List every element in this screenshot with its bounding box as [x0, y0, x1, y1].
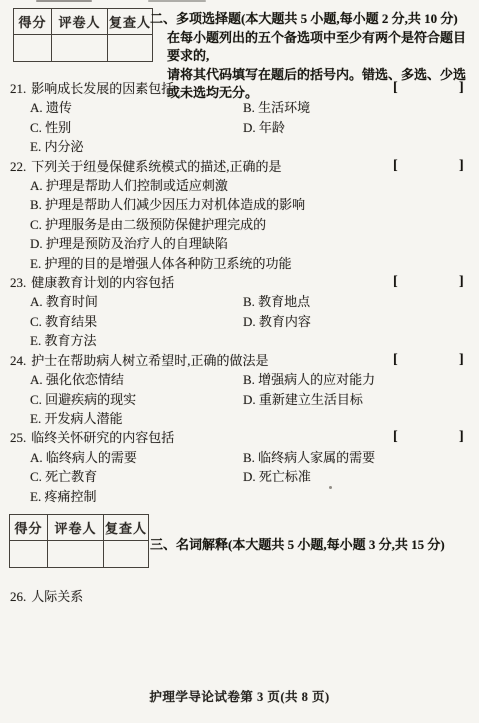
option-c: C. 性别	[30, 118, 243, 137]
question-24: 24.护士在帮助病人树立希望时,正确的做法是 [ ] A. 强化依恋情结 B. …	[8, 351, 472, 429]
section-two-questions: 21.影响成长发展的因素包括 [ ] A. 遗传 B. 生活环境 C. 性别 D…	[8, 79, 472, 506]
score-table-blank-row	[14, 35, 153, 62]
section-three-header: 三、名词解释(本大题共 5 小题,每小题 3 分,共 15 分)	[150, 534, 478, 553]
question-options: A. 教育时间 B. 教育地点 C. 教育结果 D. 教育内容 E. 教育方法	[8, 292, 472, 350]
grader-value-cell	[52, 35, 108, 62]
option-a: A. 遗传	[30, 98, 243, 117]
score-table-header-row: 得分 评卷人 复查人	[10, 515, 149, 541]
question-number: 25.	[10, 430, 26, 445]
option-e: E. 教育方法	[30, 331, 243, 350]
reviewer-label: 复查人	[104, 515, 149, 541]
option-a: A. 护理是帮助人们控制或适应刺激	[30, 176, 472, 195]
grader-label: 评卷人	[52, 9, 108, 35]
question-stem: 影响成长发展的因素包括	[31, 81, 174, 96]
answer-bracket-open: [	[393, 272, 398, 291]
answer-bracket-open: [	[393, 427, 398, 446]
option-c: C. 死亡教育	[30, 467, 243, 486]
option-b: B. 护理是帮助人们减少因压力对机体造成的影响	[30, 195, 472, 214]
answer-bracket-close: ]	[459, 350, 464, 369]
scan-artifact-streak	[36, 0, 92, 2]
question-stem-row: 24.护士在帮助病人树立希望时,正确的做法是 [ ]	[8, 351, 472, 370]
option-e: E. 开发病人潜能	[30, 409, 243, 428]
option-d: D. 护理是预防及治疗人的自理缺陷	[30, 234, 472, 253]
option-a: A. 教育时间	[30, 292, 243, 311]
option-a: A. 强化依恋情结	[30, 370, 243, 389]
question-stem-row: 25.临终关怀研究的内容包括 [ ]	[8, 428, 472, 447]
question-22: 22.下列关于纽曼保健系统模式的描述,正确的是 [ ] A. 护理是帮助人们控制…	[8, 157, 472, 273]
question-26: 26.人际关系	[10, 586, 83, 605]
section-two-title: 二、多项选择题(本大题共 5 小题,每小题 2 分,共 10 分)	[150, 10, 478, 29]
question-stem: 健康教育计划的内容包括	[31, 275, 174, 290]
answer-bracket-close: ]	[459, 272, 464, 291]
score-label: 得分	[10, 515, 48, 541]
section-two-instruction-1: 在每小题列出的五个备选项中至少有两个是符合题目要求的,	[150, 29, 478, 66]
section-three-title: 三、名词解释(本大题共 5 小题,每小题 3 分,共 15 分)	[150, 537, 445, 552]
grader-value-cell	[48, 541, 104, 568]
option-d: D. 重新建立生活目标	[243, 390, 472, 409]
question-number: 26.	[10, 589, 26, 604]
scan-artifact-streak	[148, 0, 206, 2]
score-table-bottom: 得分 评卷人 复查人	[9, 514, 149, 568]
reviewer-value-cell	[108, 35, 153, 62]
option-c: C. 护理服务是由二级预防保健护理完成的	[30, 215, 472, 234]
question-25: 25.临终关怀研究的内容包括 [ ] A. 临终病人的需要 B. 临终病人家属的…	[8, 428, 472, 506]
option-a: A. 临终病人的需要	[30, 448, 243, 467]
page-footer: 护理学导论试卷第 3 页(共 8 页)	[0, 687, 479, 705]
answer-bracket-open: [	[393, 350, 398, 369]
score-value-cell	[10, 541, 48, 568]
answer-bracket-open: [	[393, 78, 398, 97]
question-stem-row: 22.下列关于纽曼保健系统模式的描述,正确的是 [ ]	[8, 157, 472, 176]
option-b: B. 教育地点	[243, 292, 472, 311]
question-options: A. 临终病人的需要 B. 临终病人家属的需要 C. 死亡教育 D. 死亡标准 …	[8, 448, 472, 506]
score-label: 得分	[14, 9, 52, 35]
option-d: D. 死亡标准	[243, 467, 472, 486]
question-number: 21.	[10, 81, 26, 96]
question-options: A. 强化依恋情结 B. 增强病人的应对能力 C. 回避疾病的现实 D. 重新建…	[8, 370, 472, 428]
option-b: B. 生活环境	[243, 98, 472, 117]
question-23: 23.健康教育计划的内容包括 [ ] A. 教育时间 B. 教育地点 C. 教育…	[8, 273, 472, 351]
answer-bracket-close: ]	[459, 78, 464, 97]
answer-bracket-close: ]	[459, 427, 464, 446]
option-b: B. 临终病人家属的需要	[243, 448, 472, 467]
question-21: 21.影响成长发展的因素包括 [ ] A. 遗传 B. 生活环境 C. 性别 D…	[8, 79, 472, 157]
option-e: E. 内分泌	[30, 137, 243, 156]
grader-label: 评卷人	[48, 515, 104, 541]
question-number: 24.	[10, 353, 26, 368]
question-number: 22.	[10, 159, 26, 174]
option-e: E. 疼痛控制	[30, 487, 243, 506]
question-options: A. 护理是帮助人们控制或适应刺激 B. 护理是帮助人们减少因压力对机体造成的影…	[8, 176, 472, 273]
question-stem: 临终关怀研究的内容包括	[31, 430, 174, 445]
score-table-blank-row	[10, 541, 149, 568]
answer-bracket-close: ]	[459, 156, 464, 175]
option-d: D. 年龄	[243, 118, 472, 137]
option-b: B. 增强病人的应对能力	[243, 370, 472, 389]
question-stem-row: 23.健康教育计划的内容包括 [ ]	[8, 273, 472, 292]
question-stem: 下列关于纽曼保健系统模式的描述,正确的是	[31, 159, 281, 174]
answer-bracket-open: [	[393, 156, 398, 175]
option-c: C. 回避疾病的现实	[30, 390, 243, 409]
question-stem-row: 21.影响成长发展的因素包括 [ ]	[8, 79, 472, 98]
option-e: E. 护理的目的是增强人体各种防卫系统的功能	[30, 254, 472, 273]
reviewer-label: 复查人	[108, 9, 153, 35]
option-c: C. 教育结果	[30, 312, 243, 331]
score-table-header-row: 得分 评卷人 复查人	[14, 9, 153, 35]
question-options: A. 遗传 B. 生活环境 C. 性别 D. 年龄 E. 内分泌	[8, 98, 472, 156]
question-number: 23.	[10, 275, 26, 290]
score-table-top: 得分 评卷人 复查人	[13, 8, 153, 62]
question-stem: 人际关系	[31, 589, 83, 604]
score-value-cell	[14, 35, 52, 62]
reviewer-value-cell	[104, 541, 149, 568]
exam-paper-page: 得分 评卷人 复查人 二、多项选择题(本大题共 5 小题,每小题 2 分,共 1…	[0, 0, 479, 723]
option-d: D. 教育内容	[243, 312, 472, 331]
question-stem: 护士在帮助病人树立希望时,正确的做法是	[31, 353, 268, 368]
